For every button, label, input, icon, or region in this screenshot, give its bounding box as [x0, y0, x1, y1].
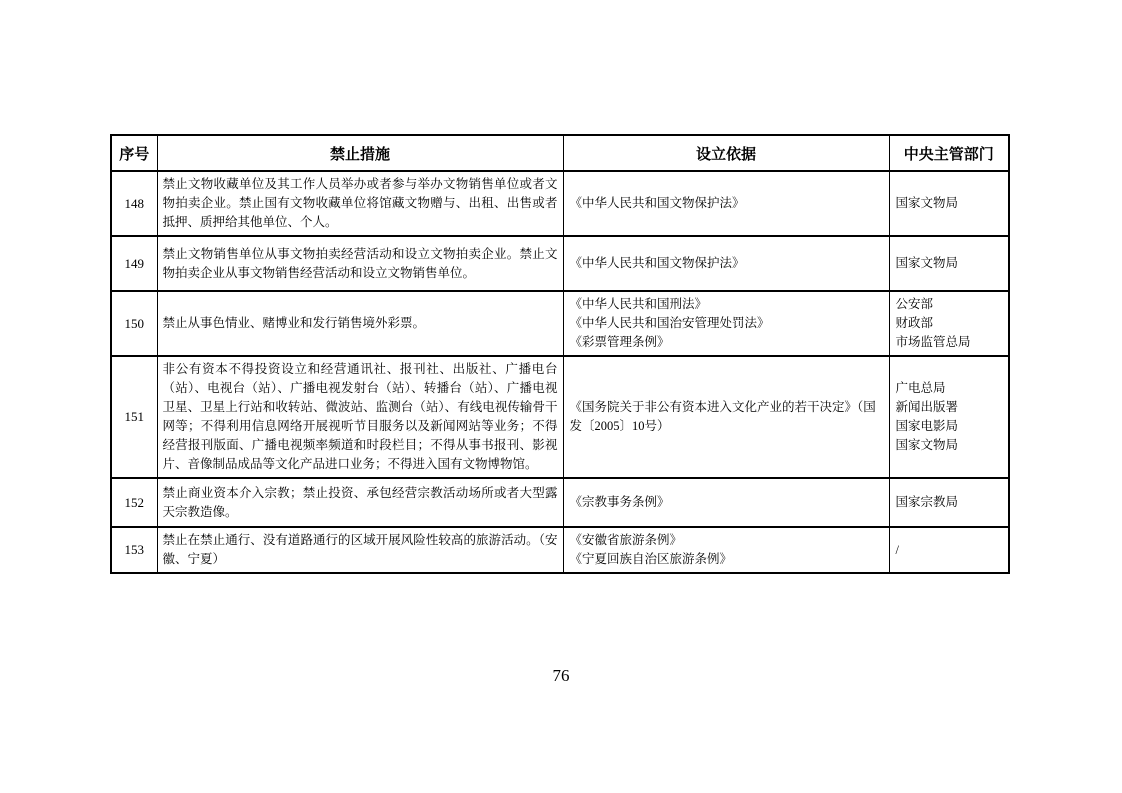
basis-line: 《宁夏回族自治区旅游条例》 [570, 550, 883, 569]
department-line: / [896, 541, 1003, 560]
row-serial-number: 152 [111, 478, 157, 527]
central-department-cell: / [889, 527, 1009, 573]
department-line: 国家文物局 [896, 254, 1003, 273]
row-serial-number: 148 [111, 171, 157, 236]
table-header-row: 序号 禁止措施 设立依据 中央主管部门 [111, 135, 1009, 171]
table-row: 152禁止商业资本介入宗教；禁止投资、承包经营宗教活动场所或者大型露天宗教造像。… [111, 478, 1009, 527]
prohibited-measure-cell: 禁止在禁止通行、没有道路通行的区域开展风险性较高的旅游活动。（安徽、宁夏） [157, 527, 563, 573]
prohibited-measure-cell: 禁止从事色情业、赌博业和发行销售境外彩票。 [157, 291, 563, 356]
central-department-cell: 公安部财政部市场监管总局 [889, 291, 1009, 356]
prohibited-measure-cell: 禁止文物收藏单位及其工作人员举办或者参与举办文物销售单位或者文物拍卖企业。禁止国… [157, 171, 563, 236]
central-department-cell: 国家文物局 [889, 236, 1009, 291]
prohibited-measure-cell: 非公有资本不得投资设立和经营通讯社、报刊社、出版社、广播电台（站）、电视台（站）… [157, 356, 563, 478]
basis-line: 《彩票管理条例》 [570, 333, 883, 352]
establishment-basis-cell: 《宗教事务条例》 [563, 478, 889, 527]
column-header-central-department: 中央主管部门 [889, 135, 1009, 171]
department-line: 财政部 [896, 314, 1003, 333]
basis-line: 《中华人民共和国刑法》 [570, 295, 883, 314]
central-department-cell: 广电总局新闻出版署国家电影局国家文物局 [889, 356, 1009, 478]
table-row: 151非公有资本不得投资设立和经营通讯社、报刊社、出版社、广播电台（站）、电视台… [111, 356, 1009, 478]
central-department-cell: 国家宗教局 [889, 478, 1009, 527]
department-line: 公安部 [896, 295, 1003, 314]
establishment-basis-cell: 《安徽省旅游条例》《宁夏回族自治区旅游条例》 [563, 527, 889, 573]
column-header-serial-number: 序号 [111, 135, 157, 171]
basis-line: 《安徽省旅游条例》 [570, 531, 883, 550]
basis-line: 《宗教事务条例》 [570, 493, 883, 512]
basis-line: 《中华人民共和国治安管理处罚法》 [570, 314, 883, 333]
row-serial-number: 151 [111, 356, 157, 478]
prohibition-measures-table: 序号 禁止措施 设立依据 中央主管部门 148禁止文物收藏单位及其工作人员举办或… [110, 134, 1010, 574]
department-line: 国家电影局 [896, 417, 1003, 436]
establishment-basis-cell: 《中华人民共和国文物保护法》 [563, 171, 889, 236]
department-line: 广电总局 [896, 379, 1003, 398]
table-row: 148禁止文物收藏单位及其工作人员举办或者参与举办文物销售单位或者文物拍卖企业。… [111, 171, 1009, 236]
column-header-establishment-basis: 设立依据 [563, 135, 889, 171]
row-serial-number: 149 [111, 236, 157, 291]
table-row: 150禁止从事色情业、赌博业和发行销售境外彩票。《中华人民共和国刑法》《中华人民… [111, 291, 1009, 356]
department-line: 新闻出版署 [896, 398, 1003, 417]
prohibited-measure-cell: 禁止商业资本介入宗教；禁止投资、承包经营宗教活动场所或者大型露天宗教造像。 [157, 478, 563, 527]
basis-line: 《国务院关于非公有资本进入文化产业的若干决定》（国发〔2005〕10号） [570, 398, 883, 436]
row-serial-number: 153 [111, 527, 157, 573]
basis-line: 《中华人民共和国文物保护法》 [570, 254, 883, 273]
establishment-basis-cell: 《国务院关于非公有资本进入文化产业的若干决定》（国发〔2005〕10号） [563, 356, 889, 478]
department-line: 国家宗教局 [896, 493, 1003, 512]
column-header-prohibited-measure: 禁止措施 [157, 135, 563, 171]
central-department-cell: 国家文物局 [889, 171, 1009, 236]
basis-line: 《中华人民共和国文物保护法》 [570, 194, 883, 213]
department-line: 国家文物局 [896, 436, 1003, 455]
table-row: 149禁止文物销售单位从事文物拍卖经营活动和设立文物拍卖企业。禁止文物拍卖企业从… [111, 236, 1009, 291]
department-line: 市场监管总局 [896, 333, 1003, 352]
table-row: 153禁止在禁止通行、没有道路通行的区域开展风险性较高的旅游活动。（安徽、宁夏）… [111, 527, 1009, 573]
row-serial-number: 150 [111, 291, 157, 356]
establishment-basis-cell: 《中华人民共和国刑法》《中华人民共和国治安管理处罚法》《彩票管理条例》 [563, 291, 889, 356]
page-number: 76 [0, 666, 1122, 686]
prohibited-measure-cell: 禁止文物销售单位从事文物拍卖经营活动和设立文物拍卖企业。禁止文物拍卖企业从事文物… [157, 236, 563, 291]
department-line: 国家文物局 [896, 194, 1003, 213]
establishment-basis-cell: 《中华人民共和国文物保护法》 [563, 236, 889, 291]
